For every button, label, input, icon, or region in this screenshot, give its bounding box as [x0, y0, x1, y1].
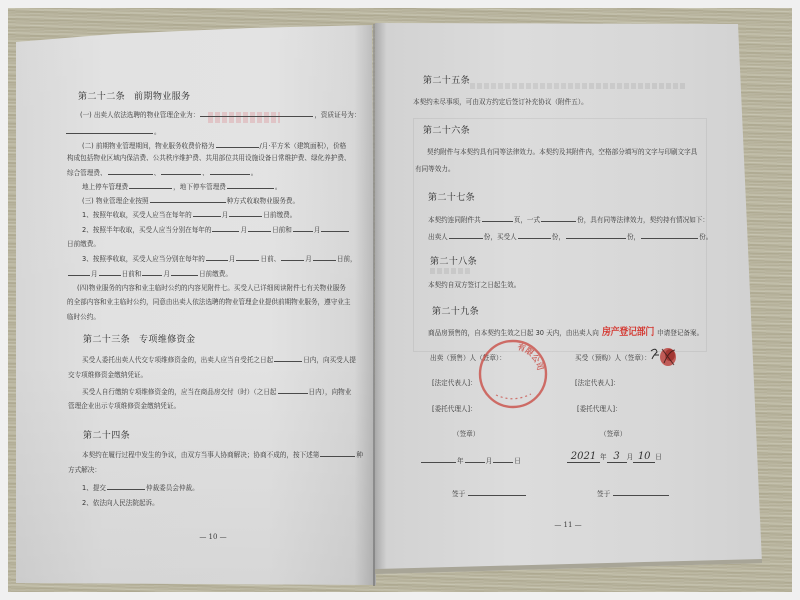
- clause-text: 1、按照年收取，买受人应当在每年的: [82, 211, 192, 219]
- clause-text: 页，一式: [514, 216, 540, 224]
- article-number: 第二十二条: [78, 92, 125, 102]
- clause-text: 份，: [627, 233, 640, 241]
- blank-field: [482, 215, 513, 222]
- clause-text: 月: [91, 270, 98, 278]
- article-title: 前期物业服务: [134, 92, 190, 102]
- month-unit: 月: [627, 453, 634, 461]
- year-unit: 年: [600, 453, 607, 461]
- blank-field: [107, 483, 145, 490]
- clause-text: 月: [314, 226, 321, 234]
- blank-field: [541, 215, 576, 222]
- blank-field: [321, 225, 349, 232]
- clause-text: 地上停车管理费: [82, 183, 128, 191]
- clause-text: 2、依法向人民法院起诉。: [82, 499, 159, 507]
- blank-field: [193, 210, 221, 217]
- clause-text: 月: [163, 270, 170, 278]
- clause-text: 有同等效力。: [415, 165, 455, 173]
- clause-line: 本契约在履行过程中发生的争议，由双方当事人协商解决；协商不成的，按下述第种: [82, 450, 363, 459]
- blank-field: [66, 127, 153, 134]
- clause-text: 份，: [552, 233, 565, 241]
- clause-line: 商品房预售的，自本契约生效之日起 30 天内，由出卖人向房产登记部门申请登记备案…: [428, 329, 703, 338]
- seller-authorized-agent: [委托代理人]：: [432, 405, 477, 413]
- clause-text: (一) 出卖人依法选聘的物业管理企业为：: [80, 111, 199, 119]
- clause-text: 3、按照季收取，买受人应当分别在每年的: [82, 255, 205, 263]
- day-unit: 日: [514, 457, 521, 465]
- clause-text: 的全部内容和业主临时公约，同意由出卖人依法选聘的物业管理企业提供前期物业服务，遵…: [67, 298, 351, 306]
- blank-field: [142, 269, 162, 276]
- blank-field: [641, 232, 698, 239]
- article-28-heading: 第二十八条: [430, 257, 477, 268]
- clause-text: 。: [275, 183, 282, 191]
- clause-text: 。: [154, 128, 161, 136]
- clause-line: 1、按照年收取，买受人应当在每年的月日前缴费。: [82, 210, 296, 219]
- blank-field: [150, 196, 226, 203]
- signed-at-label: 签于: [452, 490, 465, 498]
- clause-text: 日内，向买受人提: [303, 356, 356, 364]
- article-number: 第二十三条: [83, 335, 130, 345]
- page-number: — 11 —: [538, 521, 598, 530]
- clause-text: 仲裁委员会仲裁。: [146, 484, 199, 492]
- article-27-heading: 第二十七条: [428, 193, 475, 204]
- blank-field: [171, 269, 198, 276]
- clause-line: 本契约自双方签订之日起生效。: [428, 281, 520, 289]
- buyer-signature: [648, 343, 680, 369]
- month-field: [465, 456, 485, 463]
- clause-text: (四)物业服务的内容和业主临时公约的内容见附件七。买受人已详细阅读附件七有关物业…: [77, 284, 346, 292]
- clause-line: (四)物业服务的内容和业主临时公约的内容见附件七。买受人已详细阅读附件七有关物业…: [77, 284, 346, 292]
- clause-text: ，地下停车管理费: [173, 183, 226, 191]
- clause-line: 方式解决：: [68, 466, 101, 474]
- article-23-heading: 第二十三条专项维修资金: [83, 335, 195, 346]
- clause-text: 日前缴费。: [199, 270, 232, 278]
- clause-line: 的全部内容和业主临时公约，同意由出卖人依法选聘的物业管理企业提供前期物业服务，遵…: [67, 298, 351, 306]
- blank-field: [293, 225, 313, 232]
- clause-text: 本契约连同附件共: [428, 216, 481, 224]
- clause-text: 日前缴费。: [67, 240, 100, 248]
- signed-at-field: [613, 489, 669, 496]
- buyer-authorized-agent: [委托代理人]：: [577, 405, 622, 413]
- seller-seal-label: （签章）: [453, 430, 479, 438]
- blank-field: [320, 450, 355, 457]
- year-field: [421, 456, 456, 463]
- clause-text: (二) 前期物业管理期间，物业服务收费价格为: [82, 142, 215, 150]
- article-number: 第二十八条: [430, 257, 477, 267]
- clause-text: 申请登记备案。: [657, 329, 703, 337]
- blank-field: [161, 168, 201, 175]
- clause-text: 方式解决：: [68, 466, 101, 474]
- article-29-heading: 第二十九条: [432, 307, 479, 318]
- clause-text: 种方式收取物业服务费。: [227, 197, 300, 205]
- clause-text: ，资质证号为：: [314, 111, 360, 119]
- company-seal-stamp: 有限公司: [476, 337, 550, 411]
- clause-line: 买受人委托出卖人代交专项维修资金的，出卖人应当自受托之日起日内，向买受人提: [82, 355, 356, 364]
- clause-line: 1、提交仲裁委员会仲裁。: [82, 483, 199, 492]
- blank-field: [278, 387, 308, 394]
- clause-text: 份。: [699, 233, 712, 241]
- clause-line: 出卖人份，买受人份，份，份。: [428, 232, 712, 241]
- clause-text: 综合管理费、: [67, 169, 107, 177]
- blank-field: [313, 254, 336, 261]
- clause-text: 买受人自行缴纳专项维修资金的，应当在商品房交付（时）（之日起: [82, 388, 277, 396]
- blank-field: [449, 232, 483, 239]
- clause-text: 种: [356, 451, 363, 459]
- clause-text: 日内），向物业: [309, 388, 352, 396]
- buyer-legal-representative: [法定代表人]：: [575, 379, 620, 387]
- handwritten-month: 3: [607, 452, 627, 463]
- clause-text: 。: [251, 169, 258, 177]
- blank-field: [206, 254, 228, 261]
- clause-text: 交专项维修资金缴纳凭证。: [68, 371, 147, 379]
- blank-field: [248, 225, 271, 232]
- clause-text: 日前、: [260, 255, 280, 263]
- blank-field: [210, 168, 250, 175]
- blank-field: [518, 232, 551, 239]
- blank-field: [227, 182, 274, 189]
- buyer-signed-at: 签于: [597, 489, 670, 498]
- blank-field: [274, 355, 302, 362]
- clause-text: 日前和: [272, 226, 292, 234]
- clause-text: 本契约自双方签订之日起生效。: [428, 281, 520, 289]
- clause-text: 管理企业出示专项维修资金缴纳凭证。: [68, 402, 180, 410]
- month-unit: 月: [486, 457, 493, 465]
- buyer-label: 买受（预购）人（签章）：: [575, 354, 651, 362]
- article-number: 第二十四条: [83, 431, 130, 441]
- clause-text: 构成包括物业区域内保洁费、公共秩序维护费、共用部位共用设施设备日常维护费、绿化养…: [67, 154, 351, 162]
- clause-text: (三) 物业管理企业按照: [82, 197, 149, 205]
- clause-text: /月·平方米（建筑面积），价格: [260, 142, 347, 150]
- blank-field: [212, 225, 239, 232]
- clause-line: 2、按照半年收取，买受人应当分别在每年的月日前和月: [82, 225, 350, 234]
- page-number: — 10 —: [183, 533, 243, 542]
- clause-line: 临时公约。: [67, 313, 100, 321]
- clause-line: (一) 出卖人依法选聘的物业管理企业为：，资质证号为：: [80, 110, 361, 119]
- clause-text: 本契约未尽事项，可由双方约定后签订补充协议（附件五）。: [413, 98, 588, 106]
- clause-line: 。: [65, 127, 161, 136]
- clause-text: 日前缴费。: [263, 211, 296, 219]
- article-number: 第二十六条: [423, 126, 470, 136]
- seller-date: 年月日: [420, 456, 521, 465]
- article-26-heading: 第二十六条: [423, 126, 470, 137]
- article-number: 第二十五条: [423, 76, 470, 86]
- clause-text: 日前，: [337, 255, 357, 263]
- clause-text: 本契约在履行过程中发生的争议，由双方当事人协商解决；协商不成的，按下述第: [82, 451, 319, 459]
- clause-text: 月: [305, 255, 312, 263]
- clause-line: 日前缴费。: [67, 240, 100, 248]
- seller-signed-at: 签于: [452, 489, 527, 498]
- blank-field: [108, 168, 153, 175]
- signed-at-label: 签于: [597, 490, 610, 498]
- blank-field: [236, 254, 259, 261]
- clause-text: 契约附件与本契约具有同等法律效力。本契约及其附件内，空格部分填写的文字与印刷文字…: [427, 148, 697, 156]
- clause-line: (三) 物业管理企业按照种方式收取物业服务费。: [82, 196, 299, 205]
- clause-line: 3、按照季收取，买受人应当分别在每年的月日前、月日前，: [82, 254, 357, 263]
- seller-legal-representative: [法定代表人]：: [432, 379, 477, 387]
- clause-line: 有同等效力。: [415, 165, 455, 173]
- clause-line: 本契约未尽事项，可由双方约定后签订补充协议（附件五）。: [413, 98, 588, 106]
- clause-text: 、: [202, 169, 209, 177]
- clause-line: 月日前和月日前缴费。: [67, 269, 232, 278]
- clause-text: 商品房预售的，自本契约生效之日起 30 天内，由出卖人向: [428, 329, 599, 337]
- clause-line: (二) 前期物业管理期间，物业服务收费价格为/月·平方米（建筑面积），价格: [82, 141, 346, 150]
- clause-text: 日前和: [122, 270, 142, 278]
- clause-text: 出卖人: [428, 233, 448, 241]
- blank-field: [68, 269, 90, 276]
- registration-department-stamp: 房产登记部门: [602, 328, 654, 338]
- day-unit: 日: [655, 453, 662, 461]
- clause-text: 月: [240, 226, 247, 234]
- blank-field: [216, 141, 259, 148]
- blank-field: [229, 210, 262, 217]
- clause-text: 1、提交: [82, 484, 106, 492]
- day-field: [493, 456, 513, 463]
- blank-field: [281, 254, 304, 261]
- clause-text: 买受人委托出卖人代交专项维修资金的，出卖人应当自受托之日起: [82, 356, 273, 364]
- clause-text: 2、按照半年收取，买受人应当分别在每年的: [82, 226, 211, 234]
- article-22-heading: 第二十二条前期物业服务: [78, 92, 190, 103]
- clause-text: 月: [229, 255, 236, 263]
- signed-at-field: [468, 489, 526, 496]
- clause-text: 份，买受人: [484, 233, 517, 241]
- clause-text: 临时公约。: [67, 313, 100, 321]
- bleed-through-text: [430, 268, 470, 274]
- clause-line: 买受人自行缴纳专项维修资金的，应当在商品房交付（时）（之日起日内），向物业: [82, 387, 351, 396]
- clause-line: 综合管理费、、、。: [67, 168, 257, 177]
- blank-field: [99, 269, 121, 276]
- buyer-seal-label: （签章）: [600, 430, 626, 438]
- clause-text: 、: [154, 169, 161, 177]
- article-25-heading: 第二十五条: [423, 76, 470, 87]
- article-number: 第二十九条: [432, 307, 479, 317]
- article-24-heading: 第二十四条: [83, 431, 130, 442]
- clause-line: 管理企业出示专项维修资金缴纳凭证。: [68, 402, 180, 410]
- book-spine: [373, 24, 375, 586]
- year-unit: 年: [457, 457, 464, 465]
- clause-text: 份，具有同等法律效力，契约持有情况如下：: [577, 216, 709, 224]
- handwritten-day: 10: [633, 452, 655, 463]
- blank-field: [200, 110, 313, 117]
- clause-line: 地上停车管理费，地下停车管理费。: [82, 182, 282, 191]
- article-title: 专项维修资金: [139, 335, 195, 345]
- clause-line: 契约附件与本契约具有同等法律效力。本契约及其附件内，空格部分填写的文字与印刷文字…: [427, 148, 697, 156]
- blank-field: [129, 182, 172, 189]
- clause-line: 2、依法向人民法院起诉。: [82, 499, 159, 507]
- clause-line: 本契约连同附件共页，一式份，具有同等法律效力，契约持有情况如下：: [428, 215, 709, 224]
- buyer-date: 2021年3月10日: [567, 452, 662, 463]
- clause-text: 月: [222, 211, 229, 219]
- clause-line: 交专项维修资金缴纳凭证。: [68, 371, 147, 379]
- blank-field: [566, 232, 626, 239]
- clause-line: 构成包括物业区域内保洁费、公共秩序维护费、共用部位共用设施设备日常维护费、绿化养…: [67, 154, 351, 162]
- handwritten-year: 2021: [567, 452, 600, 463]
- bleed-through-text: [470, 83, 685, 89]
- article-number: 第二十七条: [428, 193, 475, 203]
